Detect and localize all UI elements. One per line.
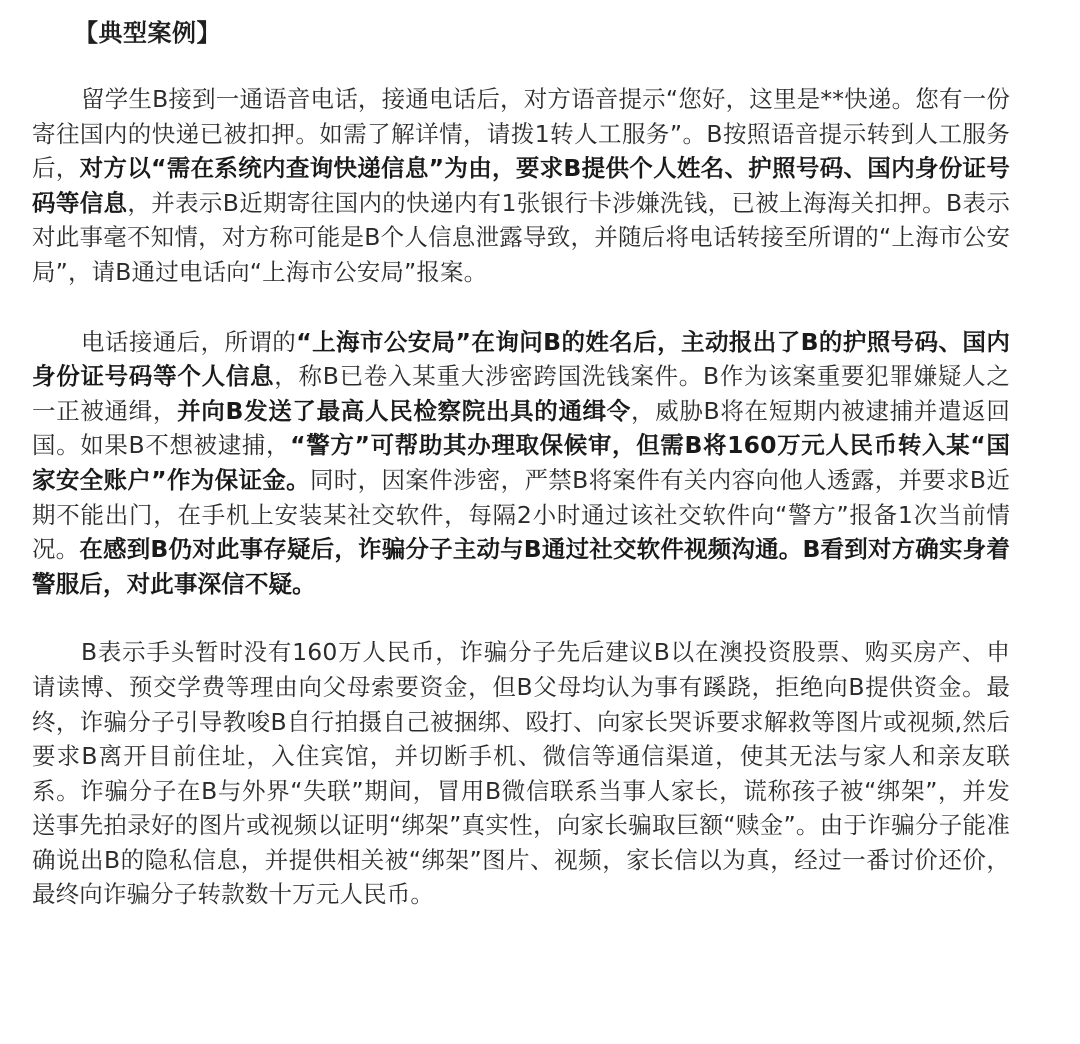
paragraph-gap [32, 601, 1010, 635]
paragraph-3: B表示手头暂时没有160万人民币，诈骗分子先后建议B以在澳投资股票、购买房产、申… [32, 635, 1010, 912]
paragraph-2-text-1: 电话接通后，所谓的 [81, 328, 296, 356]
paragraph-3-text-1: B表示手头暂时没有160万人民币，诈骗分子先后建议B以在澳投资股票、购买房产、申… [32, 638, 1010, 908]
spacer [32, 52, 1010, 82]
paragraph-2-bold-2: 并向B发送了最高人民检察院出具的通缉令 [177, 397, 631, 425]
paragraph-gap [32, 290, 1010, 325]
paragraph-2-bold-4: 在感到B仍对此事存疑后，诈骗分子主动与B通过社交软件视频沟通。B看到对方确实身着… [32, 535, 1010, 598]
article-body: 【典型案例】 留学生B接到一通语音电话，接通电话后，对方语音提示“您好，这里是*… [32, 14, 1010, 912]
paragraph-1: 留学生B接到一通语音电话，接通电话后，对方语音提示“您好，这里是**快递。您有一… [32, 82, 1010, 290]
section-heading: 【典型案例】 [74, 14, 1010, 52]
paragraph-2: 电话接通后，所谓的“上海市公安局”在询问B的姓名后，主动报出了B的护照号码、国内… [32, 325, 1010, 602]
paragraph-1-text-2: ，并表示B近期寄往国内的快递内有1张银行卡涉嫌洗钱，已被上海海关扣押。B表示对此… [32, 189, 1010, 286]
